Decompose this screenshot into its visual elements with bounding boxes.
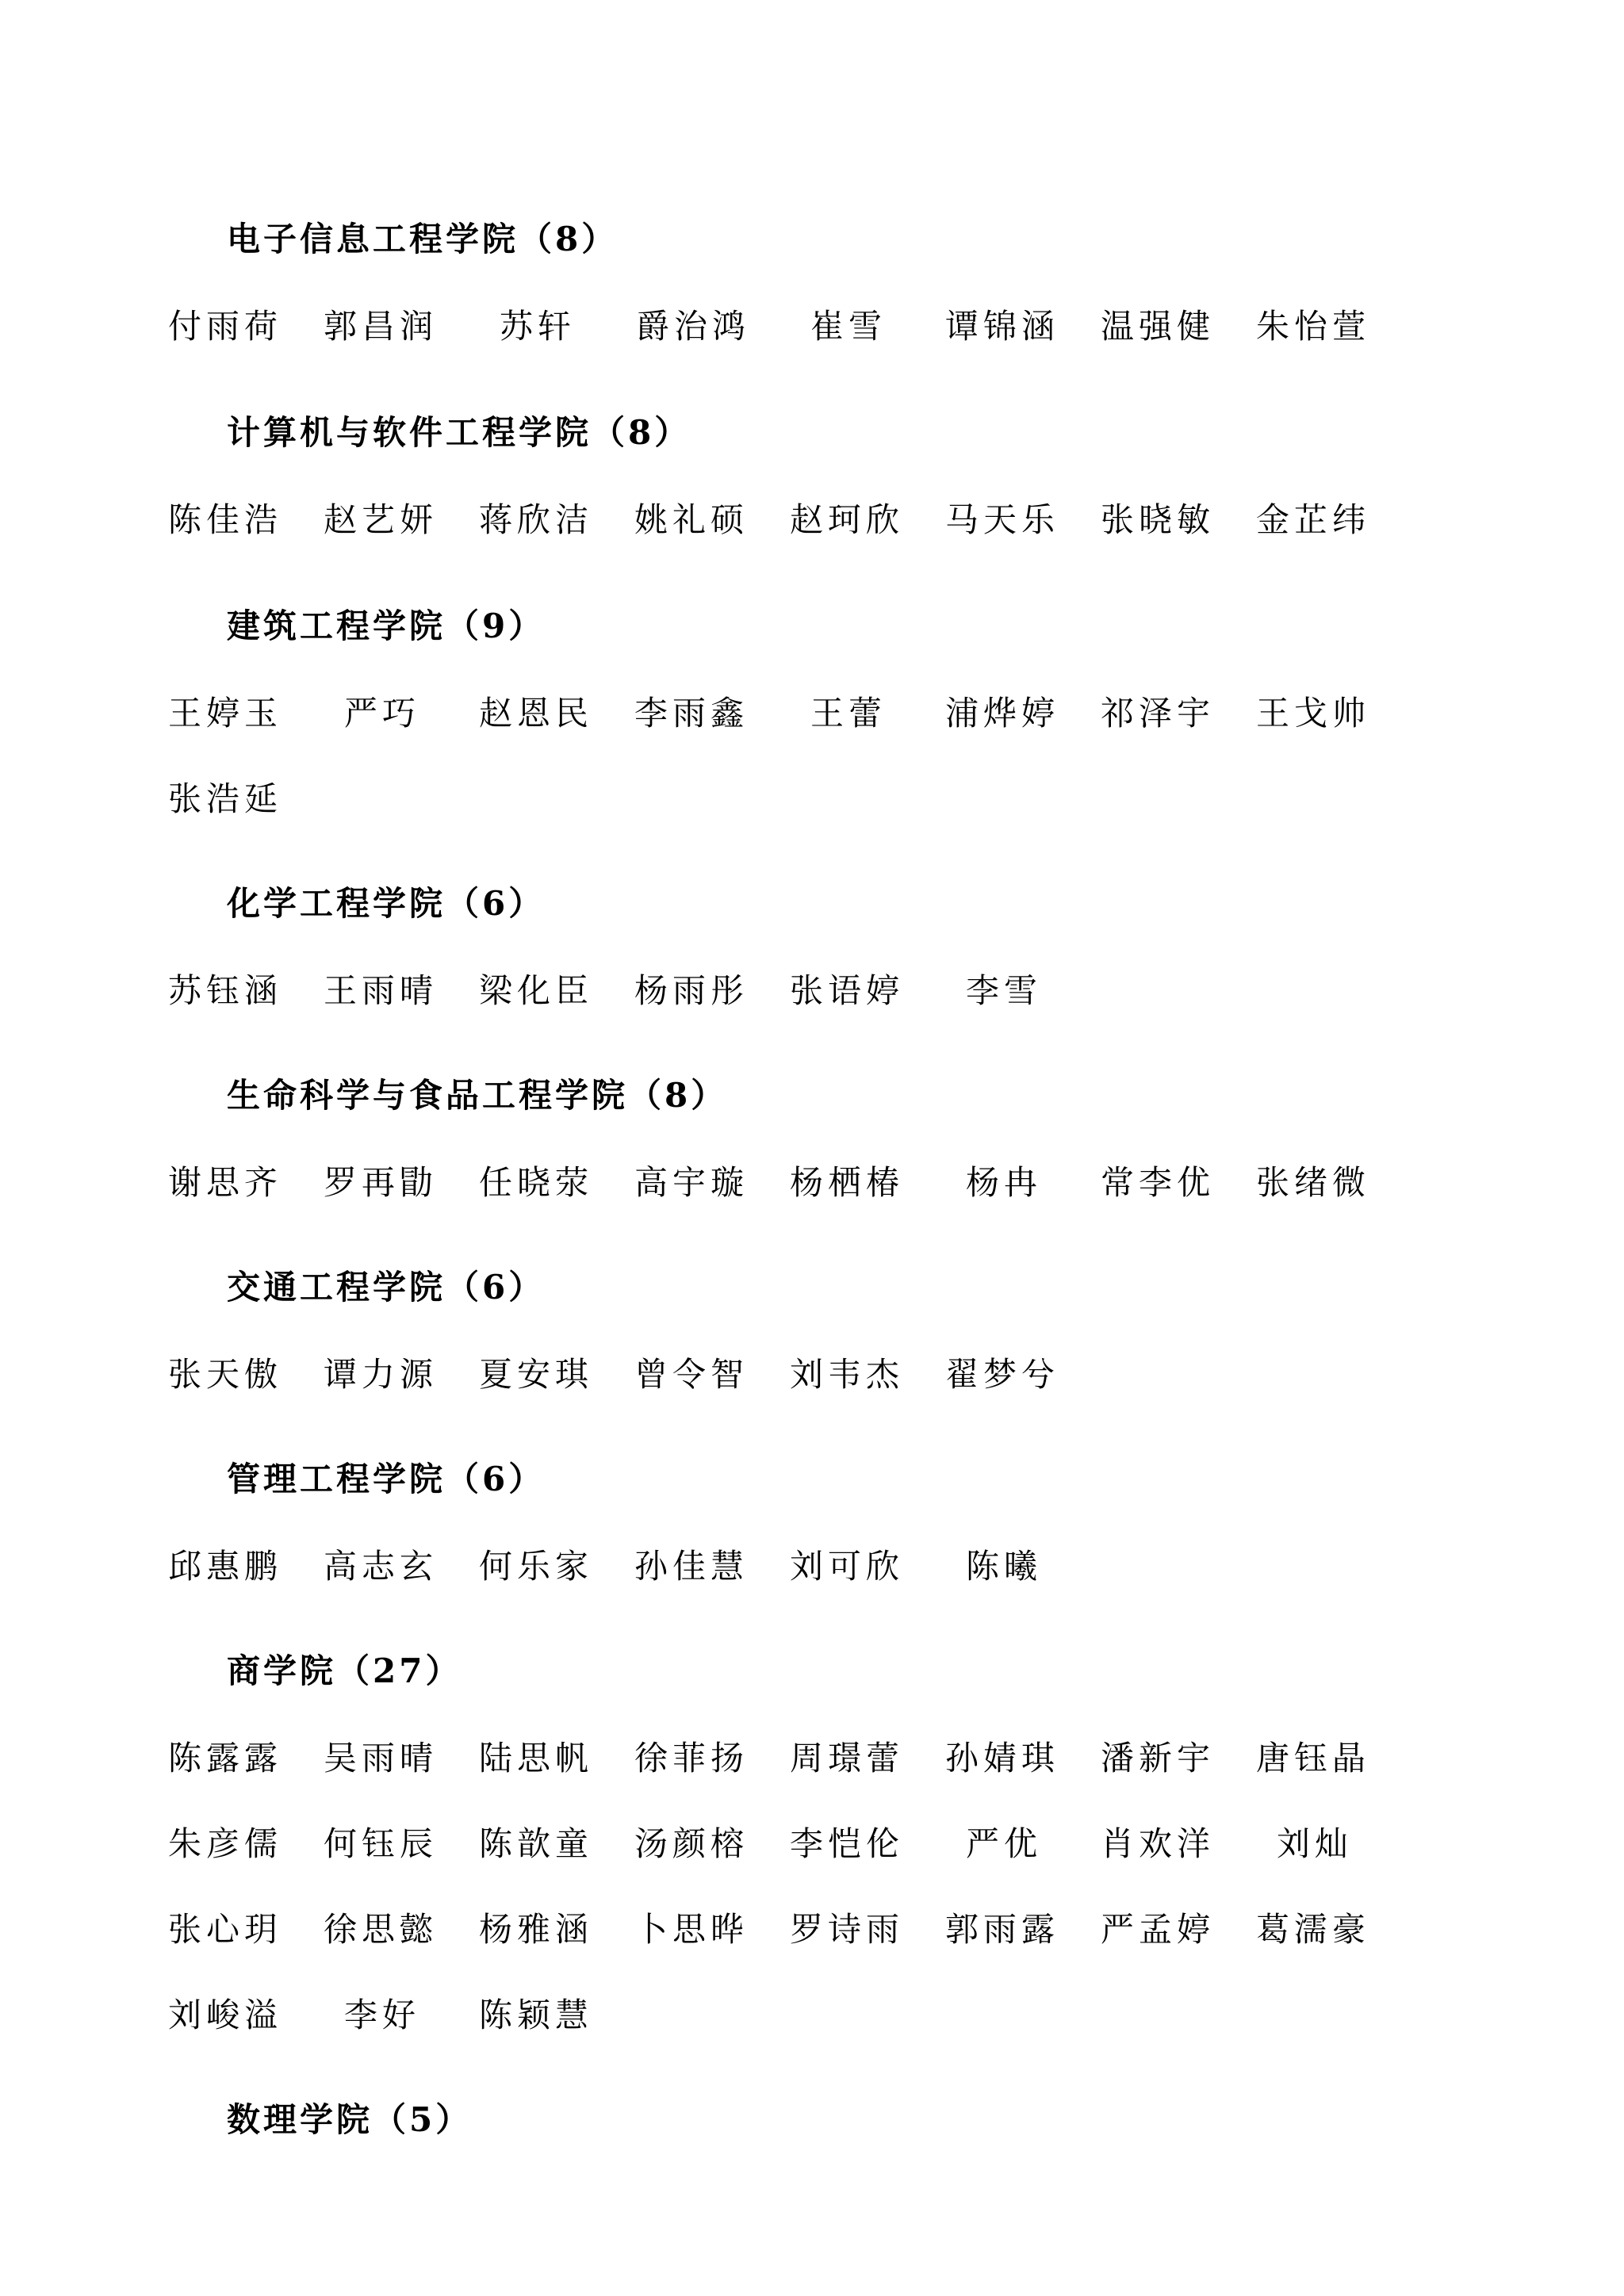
- student-name: 刘韦杰: [790, 1351, 904, 1399]
- student-name: 苏轩: [500, 303, 576, 350]
- student-name: 何乐家: [479, 1543, 593, 1590]
- student-name: 温强健: [1101, 303, 1215, 350]
- name-row: 苏钰涵 王雨晴 梁化臣 杨雨彤 张语婷 李雪: [168, 967, 1437, 1015]
- student-name: 付雨荷: [168, 303, 282, 350]
- student-name: 高宇璇: [634, 1159, 749, 1207]
- student-name: 刘灿: [1277, 1820, 1353, 1868]
- name-row: 刘峻溢 李好 陈颖慧: [168, 1992, 1437, 2039]
- student-name: 苏钰涵: [168, 967, 282, 1015]
- student-name: 何钰辰: [324, 1820, 438, 1868]
- student-name: 郭昌润: [324, 303, 438, 350]
- student-name: 徐思懿: [324, 1906, 438, 1954]
- student-name: 汤颜榕: [634, 1820, 749, 1868]
- student-name: 陈颖慧: [479, 1992, 593, 2039]
- student-name: 张浩延: [168, 775, 282, 823]
- student-name: 赵珂欣: [790, 496, 904, 544]
- student-name: 潘新宇: [1101, 1735, 1215, 1782]
- student-name: 张心玥: [168, 1906, 282, 1954]
- student-name: 姚礼硕: [634, 496, 749, 544]
- student-name: 杨雅涵: [479, 1906, 593, 1954]
- student-name: 张天傲: [168, 1351, 282, 1399]
- section-heading-life-science-food: 生命科学与食品工程学院（8）: [227, 1073, 727, 1118]
- student-name: 张晓敏: [1101, 496, 1215, 544]
- student-name: 陈露露: [168, 1735, 282, 1782]
- student-name: 杨雨彤: [634, 967, 749, 1015]
- student-name: 任晓荥: [479, 1159, 593, 1207]
- student-name: 罗诗雨: [790, 1906, 904, 1954]
- student-name: 李雨鑫: [634, 690, 749, 737]
- student-name: 罗再勖: [324, 1159, 438, 1207]
- student-name: 严优: [966, 1820, 1042, 1868]
- student-name: 赵艺妍: [324, 496, 438, 544]
- student-name: 浦烨婷: [945, 690, 1059, 737]
- section-heading-business: 商学院（27）: [227, 1649, 462, 1693]
- name-row: 邱惠鹏 高志玄 何乐家 孙佳慧 刘可欣 陈曦: [168, 1543, 1437, 1590]
- name-row: 付雨荷 郭昌润 苏轩 爵治鸿 崔雪 谭锦涵 温强健 朱怡萱: [168, 303, 1437, 350]
- student-name: 马天乐: [945, 496, 1059, 544]
- student-name: 周璟蕾: [790, 1735, 904, 1782]
- student-name: 王婷玉: [168, 690, 282, 737]
- student-name: 张语婷: [790, 967, 904, 1015]
- student-name: 徐菲扬: [634, 1735, 749, 1782]
- name-row: 谢思齐 罗再勖 任晓荥 高宇璇 杨栖椿 杨冉 常李优 张绪微: [168, 1159, 1437, 1207]
- student-name: 葛濡豪: [1256, 1906, 1370, 1954]
- section-heading-math-physics: 数理学院（5）: [227, 2098, 472, 2142]
- section-heading-chemical: 化学工程学院（6）: [227, 882, 545, 926]
- student-name: 翟梦兮: [945, 1351, 1059, 1399]
- student-name: 曾令智: [634, 1351, 749, 1399]
- name-row: 陈佳浩 赵艺妍 蒋欣洁 姚礼硕 赵珂欣 马天乐 张晓敏 金芷纬: [168, 496, 1437, 544]
- student-name: 高志玄: [324, 1543, 438, 1590]
- student-name: 爵治鸿: [636, 303, 750, 350]
- student-name: 肖欢洋: [1101, 1820, 1215, 1868]
- section-heading-computer-software: 计算机与软件工程学院（8）: [227, 411, 691, 455]
- student-name: 陈曦: [966, 1543, 1042, 1590]
- student-name: 杨栖椿: [790, 1159, 904, 1207]
- student-name: 吴雨晴: [324, 1735, 438, 1782]
- student-name: 谭力源: [324, 1351, 438, 1399]
- student-name: 严孟婷: [1101, 1906, 1215, 1954]
- student-name: 刘峻溢: [168, 1992, 282, 2039]
- name-row: 张浩延: [168, 775, 1437, 823]
- student-name: 陆思帆: [479, 1735, 593, 1782]
- student-name: 常李优: [1101, 1159, 1215, 1207]
- student-name: 陈佳浩: [168, 496, 282, 544]
- student-name: 金芷纬: [1256, 496, 1370, 544]
- student-name: 谭锦涵: [945, 303, 1059, 350]
- student-name: 蒋欣洁: [479, 496, 593, 544]
- section-heading-transportation: 交通工程学院（6）: [227, 1265, 545, 1310]
- student-name: 杨冉: [966, 1159, 1042, 1207]
- student-name: 邱惠鹏: [168, 1543, 282, 1590]
- student-name: 孙佳慧: [634, 1543, 749, 1590]
- student-name: 夏安琪: [479, 1351, 593, 1399]
- student-name: 梁化臣: [479, 967, 593, 1015]
- student-name: 崔雪: [810, 303, 887, 350]
- student-name: 李恺伦: [790, 1820, 904, 1868]
- student-name: 李好: [344, 1992, 420, 2039]
- name-row: 王婷玉 严巧 赵恩民 李雨鑫 王蕾 浦烨婷 祁泽宇 王戈帅: [168, 690, 1437, 737]
- student-name: 谢思齐: [168, 1159, 282, 1207]
- student-name: 刘可欣: [790, 1543, 904, 1590]
- section-heading-architecture: 建筑工程学院（9）: [227, 604, 545, 649]
- student-name: 祁泽宇: [1101, 690, 1215, 737]
- name-row: 张心玥 徐思懿 杨雅涵 卜思晔 罗诗雨 郭雨露 严孟婷 葛濡豪: [168, 1906, 1437, 1954]
- student-name: 赵恩民: [479, 690, 593, 737]
- document-page: 电子信息工程学院（8） 付雨荷 郭昌润 苏轩 爵治鸿 崔雪 谭锦涵 温强健 朱怡…: [0, 0, 1624, 2296]
- student-name: 张绪微: [1256, 1159, 1370, 1207]
- student-name: 王蕾: [810, 690, 887, 737]
- student-name: 孙婧琪: [945, 1735, 1059, 1782]
- student-name: 朱怡萱: [1256, 303, 1370, 350]
- student-name: 王雨晴: [324, 967, 438, 1015]
- section-heading-management: 管理工程学院（6）: [227, 1457, 545, 1502]
- student-name: 严巧: [344, 690, 420, 737]
- name-row: 朱彦儒 何钰辰 陈歆童 汤颜榕 李恺伦 严优 肖欢洋 刘灿: [168, 1820, 1437, 1868]
- student-name: 陈歆童: [479, 1820, 593, 1868]
- student-name: 朱彦儒: [168, 1820, 282, 1868]
- name-row: 陈露露 吴雨晴 陆思帆 徐菲扬 周璟蕾 孙婧琪 潘新宇 唐钰晶: [168, 1735, 1437, 1782]
- student-name: 唐钰晶: [1256, 1735, 1370, 1782]
- section-heading-electronic-info: 电子信息工程学院（8）: [227, 217, 618, 262]
- name-row: 张天傲 谭力源 夏安琪 曾令智 刘韦杰 翟梦兮: [168, 1351, 1437, 1399]
- student-name: 李雪: [966, 967, 1042, 1015]
- student-name: 郭雨露: [945, 1906, 1059, 1954]
- student-name: 卜思晔: [634, 1906, 749, 1954]
- student-name: 王戈帅: [1256, 690, 1370, 737]
